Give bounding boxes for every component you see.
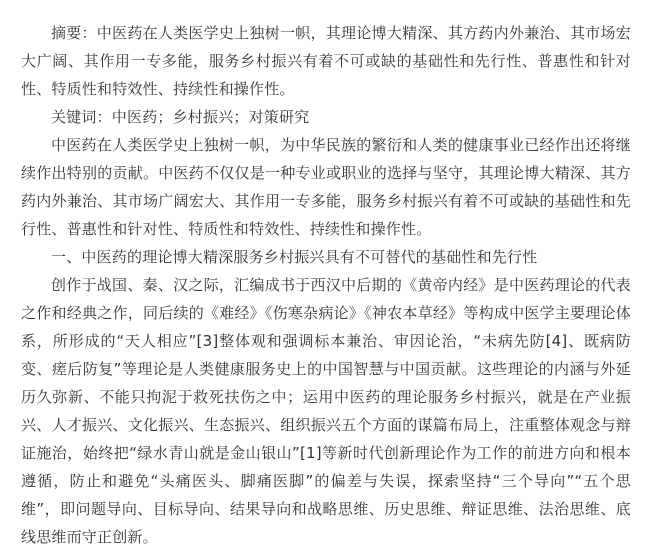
body-paragraph: 创作于战国、秦、汉之际，汇编成书于西汉中后期的《黄帝内经》是中医药理论的代表之作… xyxy=(21,271,631,551)
article-body: 摘要：中医药在人类医学史上独树一帜，其理论博大精深、其方药内外兼治、其市场宏大广… xyxy=(21,19,631,551)
section-heading: 一、中医药的理论博大精深服务乡村振兴具有不可替代的基础性和先行性 xyxy=(21,243,631,271)
keywords-paragraph: 关键词：中医药；乡村振兴；对策研究 xyxy=(21,103,631,131)
abstract-paragraph: 摘要：中医药在人类医学史上独树一帜，其理论博大精深、其方药内外兼治、其市场宏大广… xyxy=(21,19,631,103)
intro-paragraph: 中医药在人类医学史上独树一帜，为中华民族的繁衍和人类的健康事业已经作出还将继续作… xyxy=(21,131,631,243)
